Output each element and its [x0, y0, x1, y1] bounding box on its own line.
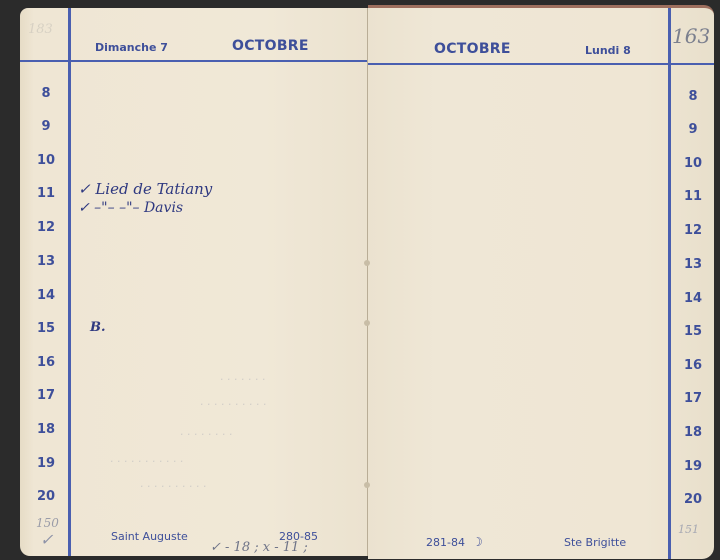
stitch-hole	[364, 260, 370, 266]
day-label: Dimanche 7	[95, 41, 168, 54]
hour-label: 12	[26, 220, 66, 235]
check-mark: ✓	[40, 530, 53, 549]
hour-label: 8	[26, 86, 66, 101]
corner-pencil-top: 183	[28, 22, 53, 37]
stitch-hole	[364, 320, 370, 326]
show-through-text: · · · · · · · · · ·	[140, 480, 206, 493]
hour-margin-rule	[668, 8, 671, 559]
show-through-text: · · · · · · · · · ·	[200, 398, 266, 411]
show-through-text: · · · · · · · · · · ·	[110, 455, 183, 468]
saint-name: Ste Brigitte	[564, 536, 626, 549]
right-page: OCTOBRE Lundi 8 163 8 9 10 11 12 13 14 1…	[368, 5, 714, 559]
month-title: OCTOBRE	[232, 38, 309, 54]
stitch-hole	[364, 482, 370, 488]
hour-label: 20	[26, 489, 66, 504]
show-through-text: · · · · · · · ·	[180, 428, 232, 441]
hour-label: 9	[673, 122, 713, 137]
hour-label: 11	[26, 186, 66, 201]
page-gutter	[367, 8, 368, 556]
corner-pencil-bottom: 151	[678, 523, 699, 536]
hour-label: 19	[673, 459, 713, 474]
handwritten-entry: ✓ Lied de Tatiany	[78, 180, 212, 198]
hour-label: 17	[26, 388, 66, 403]
hour-label: 10	[26, 153, 66, 168]
hour-label: 12	[673, 223, 713, 238]
page-number-pencil: 163	[672, 24, 710, 48]
month-title: OCTOBRE	[434, 41, 511, 57]
hour-label: 20	[673, 492, 713, 507]
day-label: Lundi 8	[585, 44, 631, 57]
hour-label: 13	[26, 254, 66, 269]
hour-label: 10	[673, 156, 713, 171]
hour-label: 15	[673, 324, 713, 339]
hour-label: 17	[673, 391, 713, 406]
hour-label: 14	[26, 288, 66, 303]
saint-name: Saint Auguste	[111, 530, 188, 543]
hour-label: 13	[673, 257, 713, 272]
day-of-year: 281-84	[426, 536, 465, 549]
left-page: 183 Dimanche 7 OCTOBRE 8 9 10 11 12 13 1…	[20, 8, 368, 556]
hour-label: 16	[673, 358, 713, 373]
hour-label: 14	[673, 291, 713, 306]
pencil-tally: ✓ - 18 ; x - 11 ;	[210, 540, 308, 555]
hour-label: 8	[673, 89, 713, 104]
corner-pencil-bottom: 150	[36, 516, 59, 530]
hour-margin-rule	[68, 8, 71, 556]
hour-label: 18	[26, 422, 66, 437]
show-through-text: · · · · · · ·	[220, 373, 265, 386]
hour-label: 15	[26, 321, 66, 336]
hour-label: 16	[26, 355, 66, 370]
header-rule	[20, 60, 368, 62]
hour-label: 18	[673, 425, 713, 440]
moon-phase-icon: ☽	[472, 535, 483, 549]
header-rule	[368, 63, 714, 65]
handwritten-entry: B.	[90, 320, 106, 335]
diary-spread: 183 Dimanche 7 OCTOBRE 8 9 10 11 12 13 1…	[20, 8, 714, 556]
hour-label: 9	[26, 119, 66, 134]
handwritten-entry: ✓ –"– –"– Davis	[78, 200, 183, 216]
hour-label: 19	[26, 456, 66, 471]
hour-label: 11	[673, 189, 713, 204]
